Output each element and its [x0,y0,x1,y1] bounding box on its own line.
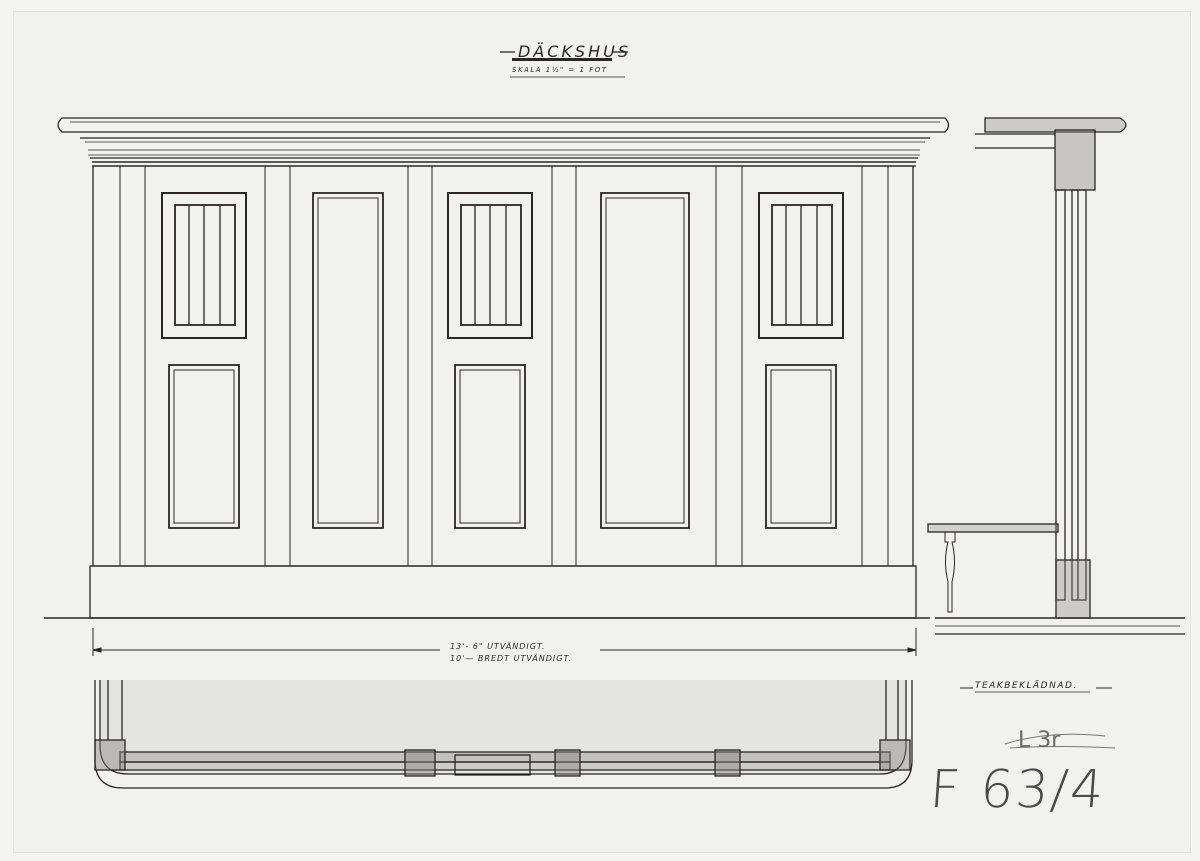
section-label: TEAKBEKLÄDNAD. [975,681,1078,691]
louvre-window-2 [448,193,532,338]
drawing-scale: SKALA 1½" = 1 FOT [512,66,608,74]
louvre-window-3 [759,193,843,338]
drawing-title: DÄCKSHUS [518,42,631,61]
reference-number: F 63/4 [928,760,1107,820]
width-dimension: 10'— BREDT UTVÄNDIGT. [450,654,572,663]
front-elevation [44,118,949,618]
length-dimension: 13'- 6" UTVÄNDIGT. [450,642,545,651]
plan-section [95,680,912,788]
side-section [928,118,1185,634]
lower-panels [169,365,836,528]
louvre-window-1 [162,193,246,338]
dentil-row [88,150,920,155]
pencil-note: L 3r [1018,728,1060,753]
drawing-sheet: DÄCKSHUS SKALA 1½" = 1 FOT 13'- 6" UTVÄN… [0,0,1200,861]
tall-panels [313,193,689,528]
